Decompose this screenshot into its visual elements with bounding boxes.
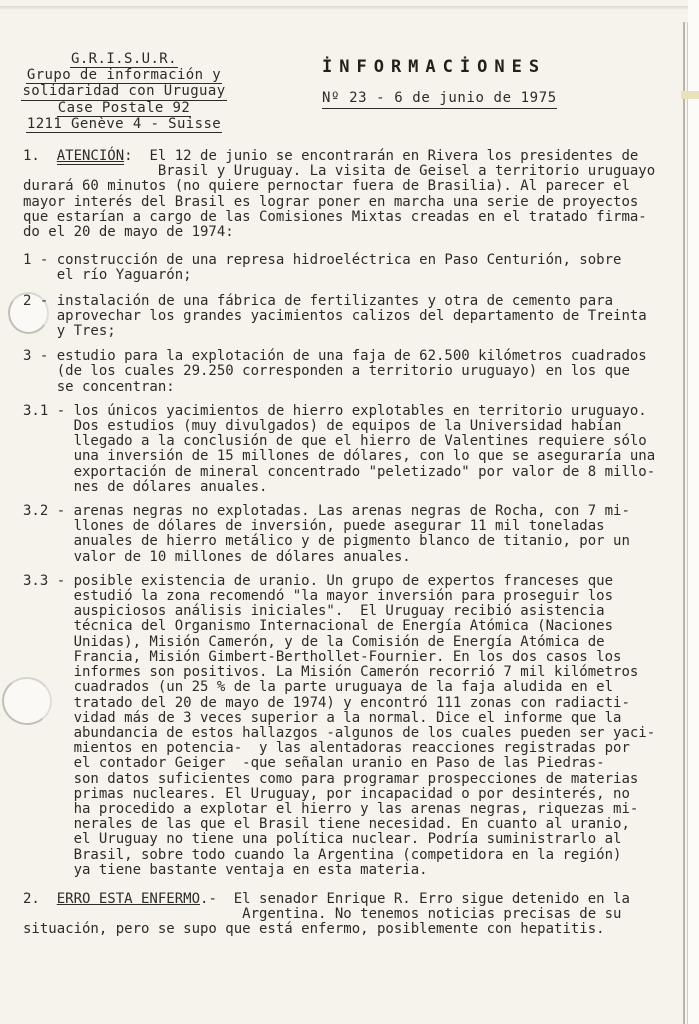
org-name: G.R.I.S.U.R. [70, 52, 178, 68]
subitem-3-1: 3.1 - los únicos yacimientos de hierro e… [23, 404, 683, 495]
page-edge-line-2 [687, 22, 688, 1024]
paragraph-erro: 2. ERRO ESTA ENFERMO.- El senador Enriqu… [23, 892, 683, 938]
page-edge-line [683, 22, 685, 1024]
page-right-backing [688, 0, 699, 1024]
org-postal-box: Case Postale 92 [57, 101, 191, 117]
paragraph-erro-text: Argentina. No tenemos noticias precisas … [23, 907, 683, 937]
paragraph-atencion-first-line: 1. ATENCIÓN: El 12 de junio se encontrar… [23, 149, 683, 164]
org-line-3: solidaridad con Uruguay [21, 84, 226, 100]
subitem-3-3: 3.3 - posible existencia de uranio. Un g… [23, 574, 683, 878]
scan-top-shadow [0, 6, 699, 10]
scanned-page: G.R.I.S.U.R. Grupo de información y soli… [0, 0, 699, 1024]
paragraph-number: 2. [23, 891, 57, 907]
paragraph-first-line-text: : El 12 de junio se encontrarán en River… [124, 148, 638, 164]
document-body: 1. ATENCIÓN: El 12 de junio se encontrar… [23, 149, 683, 938]
paragraph-number: 1. [23, 148, 57, 164]
org-city-line: 1211 Genève 4 - Suisse [26, 117, 222, 133]
list-item-3: 3 - estudio para la explotación de una f… [23, 349, 683, 395]
subitem-3-2: 3.2 - arenas negras no explotadas. Las a… [23, 504, 683, 565]
paragraph-atencion-text: Brasil y Uruguay. La visita de Geisel a … [23, 164, 683, 240]
paragraph-first-line-text: .- El senador Enrique R. Erro sigue dete… [200, 891, 630, 907]
org-line-2: Grupo de información y [26, 68, 222, 84]
org-address-block: G.R.I.S.U.R. Grupo de información y soli… [20, 52, 228, 133]
paragraph-erro-first-line: 2. ERRO ESTA ENFERMO.- El senador Enriqu… [23, 892, 683, 907]
masthead: İNFORMACİONES Nº 23 - 6 de junio de 1975 [322, 57, 557, 109]
issue-date-line: Nº 23 - 6 de junio de 1975 [322, 90, 557, 109]
list-item-1: 1 - construcción de una represa hidroelé… [23, 253, 683, 283]
newsletter-title: İNFORMACİONES [322, 57, 557, 77]
paragraph-heading-erro: ERRO ESTA ENFERMO [57, 891, 200, 907]
list-item-2: 2 - instalación de una fábrica de fertil… [23, 294, 683, 340]
tape-mark [681, 91, 699, 99]
paragraph-atencion: 1. ATENCIÓN: El 12 de junio se encontrar… [23, 149, 683, 240]
